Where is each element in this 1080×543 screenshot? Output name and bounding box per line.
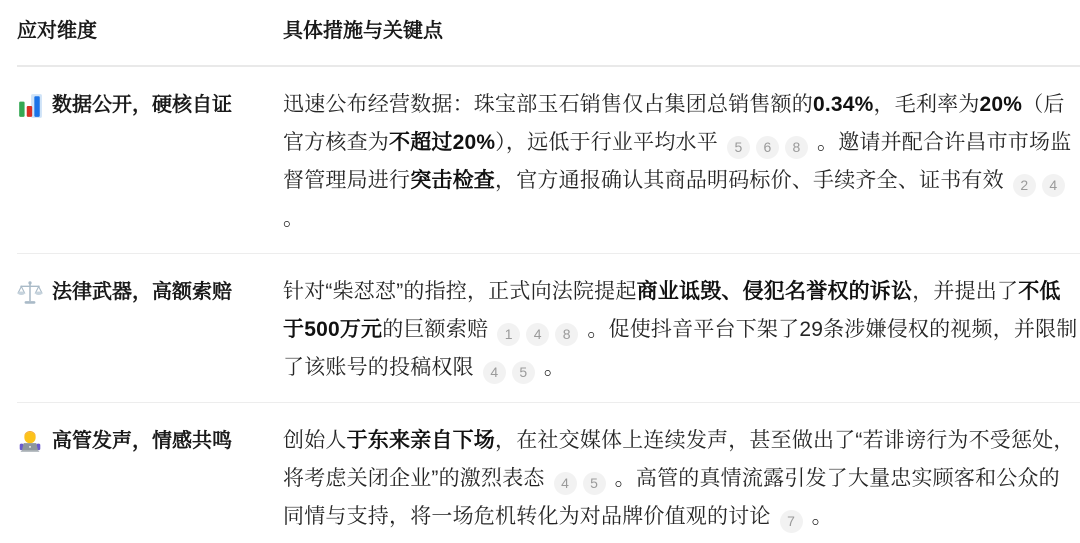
citation-badge[interactable]: 4	[526, 323, 549, 346]
bold-text: 20%	[980, 93, 1023, 116]
text-segment: 创始人	[283, 429, 347, 452]
citation-badge[interactable]: 4	[1042, 174, 1065, 197]
response-table: 应对维度 具体措施与关键点 数据公开，硬核自证 迅速公布经营数据：珠宝部玉石销售…	[0, 0, 1080, 543]
citation-badge[interactable]: 7	[780, 510, 803, 533]
dimension-label: 数据公开，硬核自证	[52, 86, 232, 124]
citation-badge[interactable]: 8	[555, 323, 578, 346]
citation-badge[interactable]: 5	[727, 136, 750, 159]
measures-cell: 针对“柴怼怼”的指控，正式向法院提起商业诋毁、侵犯名誉权的诉讼，并提出了不低于5…	[283, 273, 1080, 387]
citation-badge[interactable]: 8	[785, 136, 808, 159]
text-segment: 迅速公布经营数据：珠宝部玉石销售仅占集团总销售额的	[283, 93, 813, 116]
text-segment: 的巨额索赔	[382, 318, 494, 341]
citation-badge[interactable]: 4	[483, 361, 506, 384]
bar-chart-icon	[17, 86, 43, 124]
measures-cell: 创始人于东来亲自下场，在社交媒体上连续发声，甚至做出了“若诽谤行为不受惩处，将考…	[283, 422, 1080, 536]
text-segment: ），远低于行业平均水平	[495, 131, 724, 154]
citation-badge[interactable]: 2	[1013, 174, 1036, 197]
table-row: 法律武器，高额索赔 针对“柴怼怼”的指控，正式向法院提起商业诋毁、侵犯名誉权的诉…	[17, 254, 1080, 402]
table-header: 应对维度 具体措施与关键点	[17, 16, 1080, 65]
bold-text: 不超过20%	[389, 131, 495, 154]
bold-text: 突击检查	[410, 169, 495, 192]
column-header-dimension: 应对维度	[17, 16, 283, 46]
text-segment: 。	[283, 207, 304, 230]
column-header-measures: 具体措施与关键点	[283, 16, 1080, 46]
citation-badge[interactable]: 1	[497, 323, 520, 346]
technologist-icon	[17, 422, 43, 460]
dimension-cell: 数据公开，硬核自证	[17, 86, 283, 238]
bold-text: 于东来亲自下场	[347, 429, 495, 452]
text-segment: ，并提出了	[912, 280, 1018, 303]
table-row: 数据公开，硬核自证 迅速公布经营数据：珠宝部玉石销售仅占集团总销售额的0.34%…	[17, 67, 1080, 253]
citation-badge[interactable]: 6	[756, 136, 779, 159]
text-segment: 针对“柴怼怼”的指控，正式向法院提起	[283, 280, 637, 303]
measures-cell: 迅速公布经营数据：珠宝部玉石销售仅占集团总销售额的0.34%，毛利率为20%（后…	[283, 86, 1080, 238]
dimension-label: 高管发声，情感共鸣	[52, 422, 232, 460]
text-segment: ，毛利率为	[874, 93, 980, 116]
citation-badge[interactable]: 5	[583, 472, 606, 495]
table-row: 高管发声，情感共鸣 创始人于东来亲自下场，在社交媒体上连续发声，甚至做出了“若诽…	[17, 403, 1080, 543]
text-segment: 。	[806, 505, 833, 528]
dimension-cell: 法律武器，高额索赔	[17, 273, 283, 387]
bold-text: 0.34%	[813, 93, 874, 116]
citation-badge[interactable]: 5	[512, 361, 535, 384]
dimension-cell: 高管发声，情感共鸣	[17, 422, 283, 536]
text-segment: 。	[538, 356, 565, 379]
citation-badge[interactable]: 4	[554, 472, 577, 495]
text-segment: ，官方通报确认其商品明码标价、手续齐全、证书有效	[495, 169, 1010, 192]
balance-scale-icon	[17, 273, 43, 311]
bold-text: 商业诋毁、侵犯名誉权的诉讼	[637, 280, 913, 303]
dimension-label: 法律武器，高额索赔	[52, 273, 232, 311]
